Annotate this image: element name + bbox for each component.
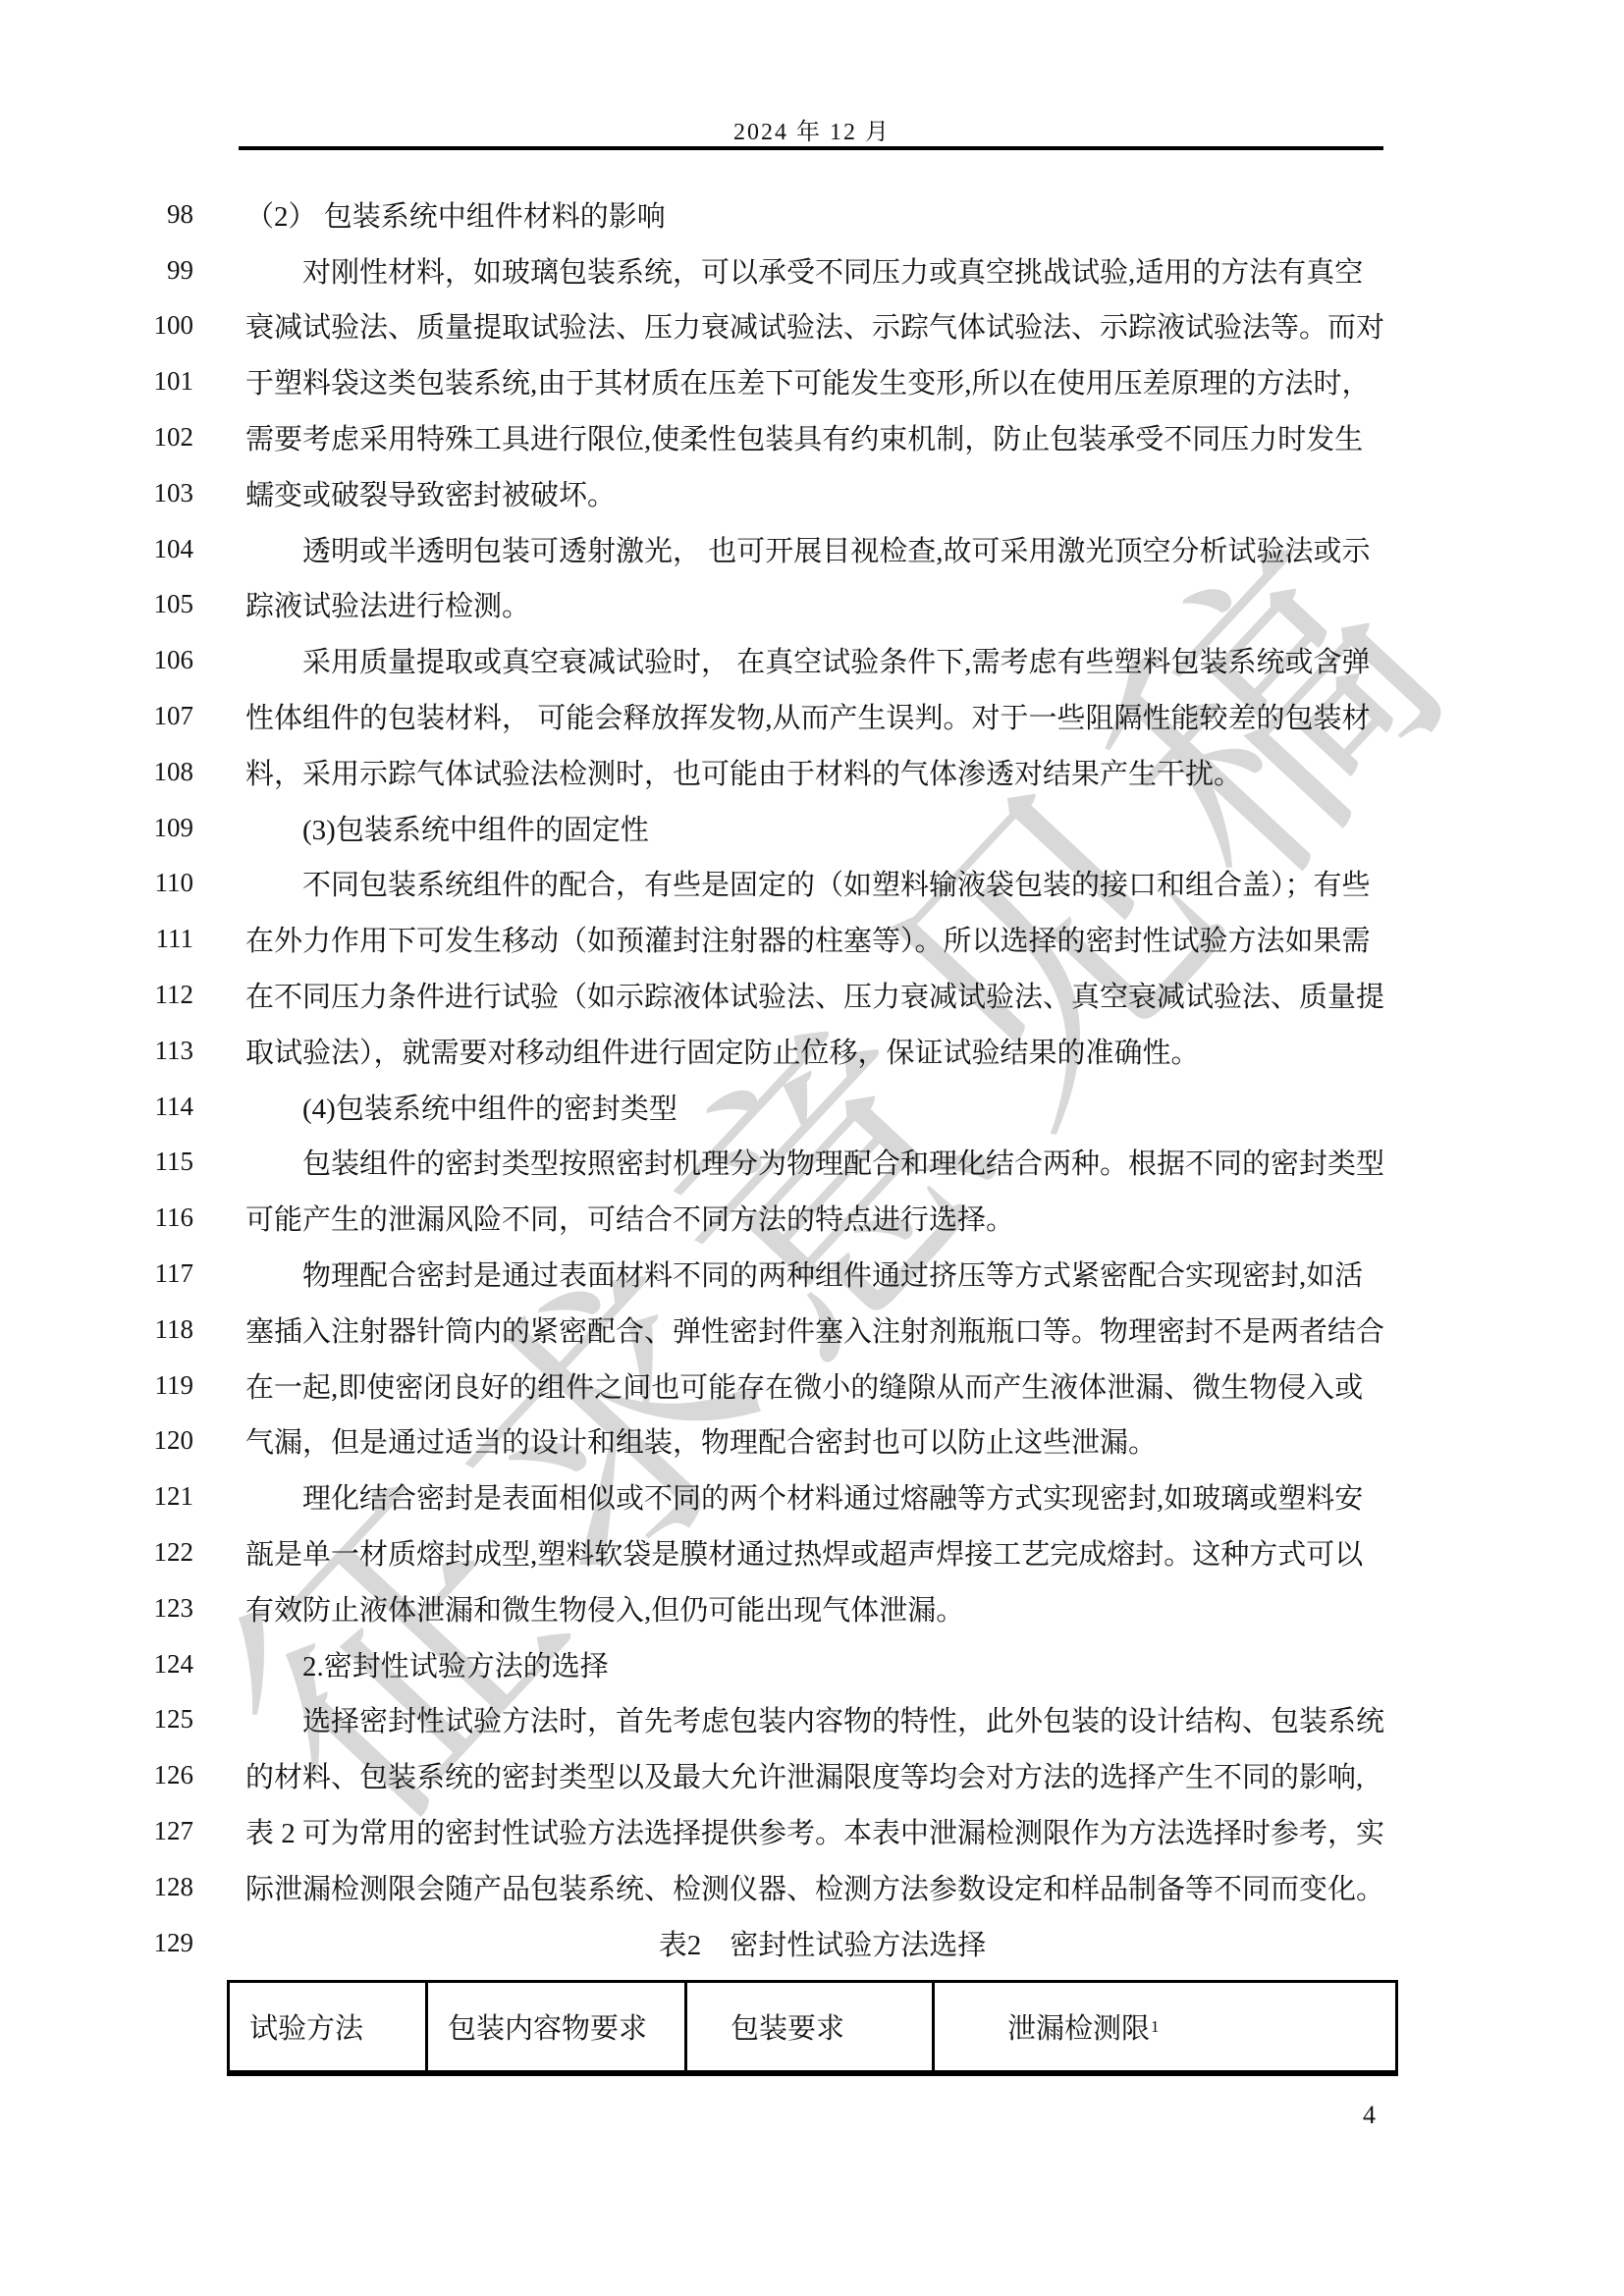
line-text: 衰减试验法、质量提取试验法、压力衰减试验法、示踪气体试验法、示踪液试验法等。而对 bbox=[245, 305, 1399, 346]
text-line: 106采用质量提取或真空衰减试验时， 在真空试验条件下,需考虑有些塑料包装系统或… bbox=[0, 632, 1624, 688]
line-number: 123 bbox=[0, 1593, 193, 1624]
line-text: （2） 包装系统中组件材料的影响 bbox=[245, 194, 1399, 235]
line-number: 106 bbox=[0, 645, 193, 675]
line-number: 112 bbox=[0, 980, 193, 1010]
text-line: 105踪液试验法进行检测。 bbox=[0, 577, 1624, 633]
table-header-leak-detection-limit: 泄漏检测限1 bbox=[932, 1983, 1395, 2070]
text-line: 112在不同压力条件进行试验（如示踪液体试验法、压力衰减试验法、真空衰减试验法、… bbox=[0, 967, 1624, 1023]
table-header-label: 包装内容物要求 bbox=[448, 2006, 647, 2047]
text-line: 114(4)包装系统中组件的密封类型 bbox=[0, 1079, 1624, 1135]
line-text: 理化结合密封是表面相似或不同的两个材料通过熔融等方式实现密封,如玻璃或塑料安 bbox=[245, 1476, 1399, 1517]
line-text: 物理配合密封是通过表面材料不同的两种组件通过挤压等方式紧密配合实现密封,如活 bbox=[245, 1254, 1399, 1294]
text-line: 104透明或半透明包装可透射激光， 也可开展目视检查,故可采用激光顶空分析试验法… bbox=[0, 521, 1624, 577]
line-text: (3)包装系统中组件的固定性 bbox=[245, 808, 1399, 848]
table-header-contents-requirement: 包装内容物要求 bbox=[425, 1983, 684, 2070]
text-line: 116可能产生的泄漏风险不同，可结合不同方法的特点进行选择。 bbox=[0, 1190, 1624, 1246]
text-line: 107性体组件的包装材料， 可能会释放挥发物,从而产生误判。对于一些阻隔性能较差… bbox=[0, 688, 1624, 744]
line-text: 于塑料袋这类包装系统,由于其材质在压差下可能发生变形,所以在使用压差原理的方法时… bbox=[245, 361, 1399, 401]
line-number: 100 bbox=[0, 310, 193, 341]
text-line: 103蠕变或破裂导致密封被破坏。 bbox=[0, 465, 1624, 521]
table-header-label: 试验方法 bbox=[249, 2006, 363, 2047]
line-number: 114 bbox=[0, 1092, 193, 1122]
text-line: 113取试验法），就需要对移动组件进行固定防止位移，保证试验结果的准确性。 bbox=[0, 1023, 1624, 1079]
line-text: 可能产生的泄漏风险不同，可结合不同方法的特点进行选择。 bbox=[245, 1198, 1399, 1238]
line-number: 120 bbox=[0, 1425, 193, 1456]
line-number: 98 bbox=[0, 199, 193, 230]
text-line: 121理化结合密封是表面相似或不同的两个材料通过熔融等方式实现密封,如玻璃或塑料… bbox=[0, 1468, 1624, 1524]
line-text: 在外力作用下可发生移动（如预灌封注射器的柱塞等）。所以选择的密封性试验方法如果需 bbox=[245, 919, 1399, 959]
line-text: 际泄漏检测限会随产品包装系统、检测仪器、检测方法参数设定和样品制备等不同而变化。 bbox=[245, 1867, 1399, 1907]
line-number: 110 bbox=[0, 868, 193, 898]
text-line: 1242.密封性试验方法的选择 bbox=[0, 1636, 1624, 1692]
text-line: 118塞插入注射器针筒内的紧密配合、弹性密封件塞入注射剂瓶瓶口等。物理密封不是两… bbox=[0, 1302, 1624, 1358]
line-number: 108 bbox=[0, 757, 193, 787]
text-line: 102需要考虑采用特殊工具进行限位,使柔性包装具有约束机制，防止包装承受不同压力… bbox=[0, 409, 1624, 465]
line-text: 表 2 可为常用的密封性试验方法选择提供参考。本表中泄漏检测限作为方法选择时参考… bbox=[245, 1811, 1399, 1851]
line-text: 对刚性材料，如玻璃包装系统，可以承受不同压力或真空挑战试验,适用的方法有真空 bbox=[245, 250, 1399, 291]
line-text: 透明或半透明包装可透射激光， 也可开展目视检查,故可采用激光顶空分析试验法或示 bbox=[245, 529, 1399, 569]
line-number: 122 bbox=[0, 1537, 193, 1568]
text-line: 99对刚性材料，如玻璃包装系统，可以承受不同压力或真空挑战试验,适用的方法有真空 bbox=[0, 242, 1624, 298]
line-number: 127 bbox=[0, 1816, 193, 1846]
table-header-package-requirement: 包装要求 bbox=[684, 1983, 932, 2070]
line-number: 107 bbox=[0, 701, 193, 731]
line-number: 102 bbox=[0, 422, 193, 453]
line-number: 111 bbox=[0, 924, 193, 954]
table-header-test-method: 试验方法 bbox=[230, 1983, 425, 2070]
line-number: 121 bbox=[0, 1481, 193, 1512]
line-number: 124 bbox=[0, 1649, 193, 1680]
line-text: 2.密封性试验方法的选择 bbox=[245, 1644, 1399, 1684]
line-number: 103 bbox=[0, 478, 193, 508]
body-text: 98（2） 包装系统中组件材料的影响99对刚性材料，如玻璃包装系统，可以承受不同… bbox=[0, 187, 1624, 1971]
text-line: 101于塑料袋这类包装系统,由于其材质在压差下可能发生变形,所以在使用压差原理的… bbox=[0, 353, 1624, 409]
line-number: 117 bbox=[0, 1258, 193, 1289]
line-text: 蠕变或破裂导致密封被破坏。 bbox=[245, 473, 1399, 513]
line-text: 包装组件的密封类型按照密封机理分为物理配合和理化结合两种。根据不同的密封类型 bbox=[245, 1142, 1399, 1182]
line-number: 116 bbox=[0, 1202, 193, 1233]
line-text: 塞插入注射器针筒内的紧密配合、弹性密封件塞入注射剂瓶瓶口等。物理密封不是两者结合 bbox=[245, 1309, 1399, 1350]
line-text: 在一起,即使密闭良好的组件之间也可能存在微小的缝隙从而产生液体泄漏、微生物侵入或 bbox=[245, 1365, 1399, 1406]
text-line: 110不同包装系统组件的配合，有些是固定的（如塑料输液袋包装的接口和组合盖）；有… bbox=[0, 856, 1624, 912]
line-text: 取试验法），就需要对移动组件进行固定防止位移，保证试验结果的准确性。 bbox=[245, 1031, 1399, 1071]
line-text: 气漏，但是通过适当的设计和组装，物理配合密封也可以防止这些泄漏。 bbox=[245, 1420, 1399, 1461]
line-number: 109 bbox=[0, 813, 193, 843]
text-line: 125选择密封性试验方法时，首先考虑包装内容物的特性，此外包装的设计结构、包装系… bbox=[0, 1692, 1624, 1748]
text-line: 120气漏，但是通过适当的设计和组装，物理配合密封也可以防止这些泄漏。 bbox=[0, 1414, 1624, 1469]
line-number: 113 bbox=[0, 1036, 193, 1066]
text-line: 115包装组件的密封类型按照密封机理分为物理配合和理化结合两种。根据不同的密封类… bbox=[0, 1135, 1624, 1191]
text-line: 126的材料、包装系统的密封类型以及最大允许泄漏限度等均会对方法的选择产生不同的… bbox=[0, 1747, 1624, 1803]
text-line: 119在一起,即使密闭良好的组件之间也可能存在微小的缝隙从而产生液体泄漏、微生物… bbox=[0, 1358, 1624, 1414]
text-line: 129表2 密封性试验方法选择 bbox=[0, 1915, 1624, 1971]
line-number: 104 bbox=[0, 534, 193, 564]
header-rule bbox=[239, 146, 1383, 150]
line-text: 不同包装系统组件的配合，有些是固定的（如塑料输液袋包装的接口和组合盖）；有些 bbox=[245, 863, 1399, 903]
footnote-superscript: 1 bbox=[1151, 2017, 1160, 2037]
line-text: 需要考虑采用特殊工具进行限位,使柔性包装具有约束机制，防止包装承受不同压力时发生 bbox=[245, 417, 1399, 457]
text-line: 108料，采用示踪气体试验法检测时，也可能由于材料的气体渗透对结果产生干扰。 bbox=[0, 744, 1624, 800]
line-number: 105 bbox=[0, 589, 193, 619]
table-header-label: 包装要求 bbox=[731, 2006, 844, 2047]
line-text: (4)包装系统中组件的密封类型 bbox=[245, 1087, 1399, 1127]
methods-table: 试验方法 包装内容物要求 包装要求 泄漏检测限1 bbox=[227, 1980, 1398, 2076]
text-line: 100衰减试验法、质量提取试验法、压力衰减试验法、示踪气体试验法、示踪液试验法等… bbox=[0, 298, 1624, 354]
line-text: 选择密封性试验方法时，首先考虑包装内容物的特性，此外包装的设计结构、包装系统 bbox=[245, 1699, 1399, 1739]
text-line: 122瓿是单一材质熔封成型,塑料软袋是膜材通过热焊或超声焊接工艺完成熔封。这种方… bbox=[0, 1524, 1624, 1580]
table-header-label: 泄漏检测限 bbox=[1007, 2006, 1150, 2047]
line-number: 126 bbox=[0, 1760, 193, 1790]
line-number: 119 bbox=[0, 1370, 193, 1401]
line-text: 的材料、包装系统的密封类型以及最大允许泄漏限度等均会对方法的选择产生不同的影响, bbox=[245, 1755, 1399, 1795]
line-text: 有效防止液体泄漏和微生物侵入,但仍可能出现气体泄漏。 bbox=[245, 1588, 1399, 1629]
text-line: 98（2） 包装系统中组件材料的影响 bbox=[0, 187, 1624, 242]
text-line: 128际泄漏检测限会随产品包装系统、检测仪器、检测方法参数设定和样品制备等不同而… bbox=[0, 1859, 1624, 1915]
line-number: 128 bbox=[0, 1872, 193, 1902]
line-number: 125 bbox=[0, 1704, 193, 1735]
line-number: 115 bbox=[0, 1147, 193, 1177]
text-line: 111在外力作用下可发生移动（如预灌封注射器的柱塞等）。所以选择的密封性试验方法… bbox=[0, 911, 1624, 967]
text-line: 123有效防止液体泄漏和微生物侵入,但仍可能出现气体泄漏。 bbox=[0, 1580, 1624, 1636]
line-number: 101 bbox=[0, 366, 193, 397]
line-text: 性体组件的包装材料， 可能会释放挥发物,从而产生误判。对于一些阻隔性能较差的包装… bbox=[245, 696, 1399, 736]
text-line: 127表 2 可为常用的密封性试验方法选择提供参考。本表中泄漏检测限作为方法选择… bbox=[0, 1803, 1624, 1859]
line-text: 表2 密封性试验方法选择 bbox=[245, 1923, 1399, 1963]
line-text: 踪液试验法进行检测。 bbox=[245, 584, 1399, 624]
header-date: 2024 年 12 月 bbox=[0, 112, 1624, 146]
line-number: 118 bbox=[0, 1314, 193, 1345]
line-text: 瓿是单一材质熔封成型,塑料软袋是膜材通过热焊或超声焊接工艺完成熔封。这种方式可以 bbox=[245, 1532, 1399, 1573]
line-number: 129 bbox=[0, 1928, 193, 1958]
line-text: 料，采用示踪气体试验法检测时，也可能由于材料的气体渗透对结果产生干扰。 bbox=[245, 752, 1399, 792]
line-text: 在不同压力条件进行试验（如示踪液体试验法、压力衰减试验法、真空衰减试验法、质量提 bbox=[245, 975, 1399, 1015]
line-text: 采用质量提取或真空衰减试验时， 在真空试验条件下,需考虑有些塑料包装系统或含弹 bbox=[245, 640, 1399, 680]
line-number: 99 bbox=[0, 255, 193, 286]
page-number: 4 bbox=[1363, 2101, 1376, 2130]
text-line: 109(3)包装系统中组件的固定性 bbox=[0, 800, 1624, 856]
text-line: 117物理配合密封是通过表面材料不同的两种组件通过挤压等方式紧密配合实现密封,如… bbox=[0, 1246, 1624, 1302]
document-page: 征求意见稿 2024 年 12 月 98（2） 包装系统中组件材料的影响99对刚… bbox=[0, 0, 1624, 2296]
